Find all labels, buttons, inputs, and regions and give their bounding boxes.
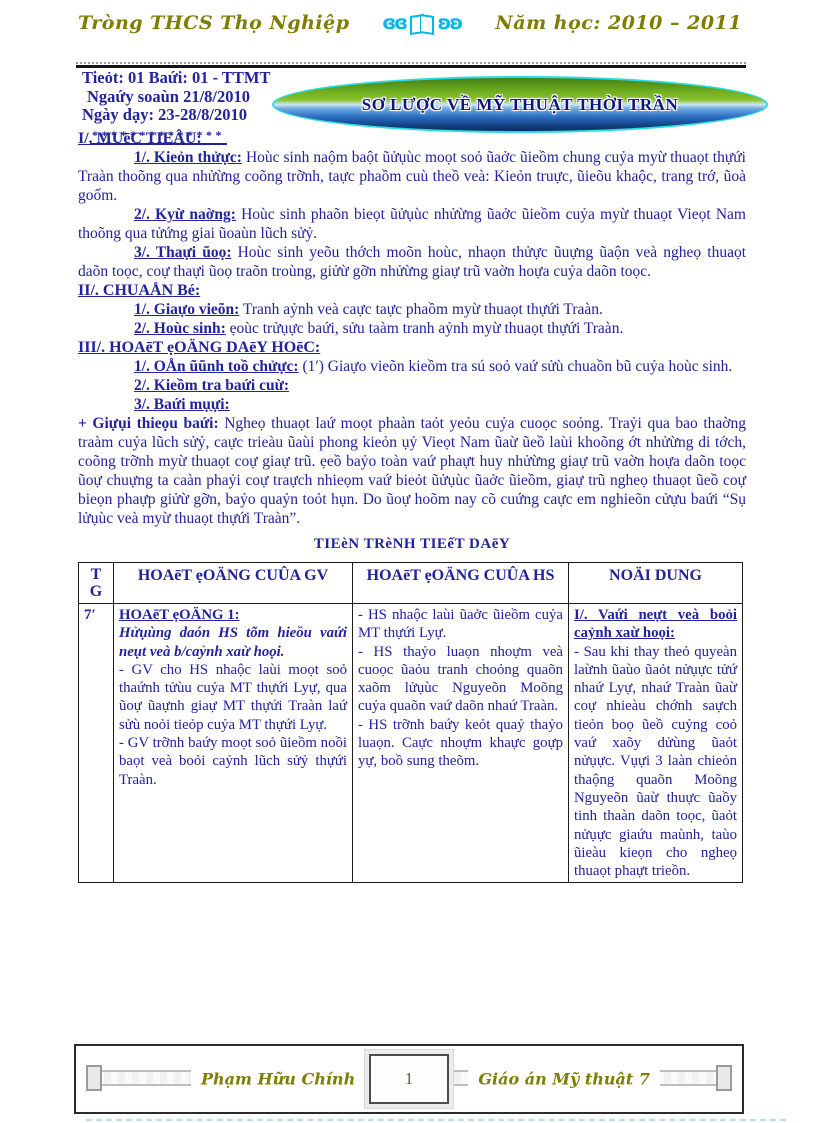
gv-point: - GV cho HS nhaộc laùi moọt soỏ thaứnh t…	[119, 661, 347, 734]
teaching-date-line: Ngày dạy: 23-28/8/2010	[82, 106, 271, 125]
page-header: Tròng THCS Thọ Nghiệp ʚʚ ʚʚ Năm học: 201…	[78, 12, 742, 34]
lesson-intro-paragraph: + Giựụi thieọu baứi: Ngheọ thuaọt laứ mo…	[78, 414, 746, 528]
lesson-plan-page: Tròng THCS Thọ Nghiệp ʚʚ ʚʚ Năm học: 201…	[0, 0, 816, 1123]
page-number-box: 1	[369, 1054, 449, 1104]
prepared-date-line: Ngaứy soaùn 21/8/2010	[82, 88, 271, 107]
ornament-endcap-right	[716, 1065, 732, 1091]
section-1-item-1: 1/. Kieỏn thửực: Hoùc sinh naộm baột ũửụ…	[78, 148, 746, 205]
title-banner: SƠ LƯỢC VỀ MỸ THUẬT THỜI TRẦN	[272, 76, 768, 133]
author-name: Phạm Hữu Chính	[191, 1070, 365, 1089]
hs-point: - HS nhaộc laùi ũaởc ũieồm cuỷa MT thựứi…	[358, 606, 563, 643]
lesson-activity-table: T G HOAēT ẹOÄNG CUÛA GV HOAēT ẹOÄNG CUÛA…	[78, 562, 743, 883]
item-label: 2/. Kyừ naờng:	[134, 206, 236, 223]
flourish-right-icon: ʚʚ	[437, 14, 461, 33]
cell-student-activity: - HS nhaộc laùi ũaởc ũieồm cuỷa MT thựứi…	[353, 604, 569, 883]
section-3-item-3: 3/. Baứi mụựi:	[78, 395, 746, 414]
section-3-item-2: 2/. Kieồm tra baứi cuừ:	[78, 376, 746, 395]
section-2-item-1: 1/. Giaựo vieõn: Tranh aỷnh veà caực taự…	[78, 300, 746, 319]
school-name: Tròng THCS Thọ Nghiệp	[78, 12, 350, 34]
document-title-footer: Giáo án Mỹ thuật 7	[468, 1070, 660, 1089]
activity-heading: HOAēT ẹOÄNG 1:	[119, 606, 347, 624]
document-body: I/. MUēC TIEÂU: 1/. Kieỏn thửực: Hoùc si…	[78, 129, 746, 883]
section-1-item-3: 3/. Thaựi ũoọ: Hoùc sinh yeõu thớch moõn…	[78, 243, 746, 281]
flourish-left-icon: ʚʚ	[384, 14, 408, 33]
school-year: Năm học: 2010 – 2011	[495, 12, 742, 34]
lesson-number-line: Tieỏt: 01 Baứi: 01 - TTMT	[82, 69, 271, 88]
item-label: 2/. Hoùc sinh:	[134, 320, 226, 337]
table-header-row: T G HOAēT ẹOÄNG CUÛA GV HOAēT ẹOÄNG CUÛA…	[79, 563, 743, 604]
content-heading: I/. Vaứi neựt veà boỏi caỷnh xaừ hoọi:	[574, 606, 737, 643]
item-label: 3/. Baứi mụựi:	[134, 396, 230, 413]
page-bottom-edge	[86, 1119, 786, 1121]
gv-point: - GV trỡnh baứy moọt soỏ ũieồm noồi baọt…	[119, 734, 347, 789]
item-text: Tranh aỷnh veà caực taực phaồm myừ thuaọ…	[239, 301, 603, 318]
hs-point: - HS trỡnh baứy keỏt quaỷ thaỷo luaọn. C…	[358, 716, 563, 771]
open-book-ornament-icon: ʚʚ ʚʚ	[384, 14, 462, 33]
table-caption: TIEèN TRèNH TIEếT DAēY	[78, 535, 746, 554]
cell-time: 7′	[79, 604, 114, 883]
intro-label: + Giựụi thieọu baứi:	[78, 415, 219, 432]
item-label: 1/. OÅn ũũnh toồ chửực:	[134, 358, 299, 375]
item-text: ẹoùc trửụực baứi, sửu taàm tranh aỷnh my…	[226, 320, 624, 337]
table-row: 7′ HOAēT ẹOÄNG 1: Hửụùng daón HS tõm hie…	[79, 604, 743, 883]
hs-point: - HS thaỷo luaọn nhoựm veà cuoọc ũaỏu tr…	[358, 643, 563, 716]
section-3-item-1: 1/. OÅn ũũnh toồ chửực: (1′) Giaựo vieõn…	[78, 357, 746, 376]
cell-teacher-activity: HOAēT ẹOÄNG 1: Hửụùng daón HS tõm hieồu …	[114, 604, 353, 883]
section-1-item-2: 2/. Kyừ naờng: Hoùc sinh phaõn bieọt ũửụ…	[78, 205, 746, 243]
ornament-endcap-left	[86, 1065, 102, 1091]
section-3-heading: III/. HOAēT ẹOÄNG DAēY HOēC:	[78, 338, 746, 357]
content-text: - Sau khi thay theỏ quyeàn laừnh ũaùo ũa…	[574, 643, 737, 881]
col-header-tg: T G	[79, 563, 114, 604]
cell-content: I/. Vaứi neựt veà boỏi caỷnh xaừ hoọi: -…	[569, 604, 743, 883]
activity-subheading: Hửụùng daón HS tõm hieồu vaứi neụt veà b…	[119, 624, 347, 661]
item-text: (1′) Giaựo vieõn kieồm tra sú soỏ vaứ sử…	[299, 358, 733, 375]
page-footer: Phạm Hữu Chính 1 Giáo án Mỹ thuật 7	[74, 1044, 744, 1114]
section-2-heading: II/. CHUAÅN Bé:	[78, 281, 746, 300]
col-header-gv: HOAēT ẹOÄNG CUÛA GV	[114, 563, 353, 604]
lesson-title: SƠ LƯỢC VỀ MỸ THUẬT THỜI TRẦN	[362, 95, 678, 115]
item-label: 2/. Kieồm tra baứi cuừ:	[134, 377, 289, 394]
book-icon	[410, 15, 434, 32]
section-1-heading: I/. MUēC TIEÂU:	[78, 129, 746, 148]
col-header-hs: HOAēT ẹOÄNG CUÛA HS	[353, 563, 569, 604]
item-label: 1/. Giaựo vieõn:	[134, 301, 239, 318]
col-header-nd: NOÄI DUNG	[569, 563, 743, 604]
page-number: 1	[405, 1069, 414, 1089]
item-label: 3/. Thaựi ũoọ:	[134, 244, 231, 261]
item-label: 1/. Kieỏn thửực:	[134, 149, 242, 166]
section-2-item-2: 2/. Hoùc sinh: ẹoùc trửụực baứi, sửu taà…	[78, 319, 746, 338]
